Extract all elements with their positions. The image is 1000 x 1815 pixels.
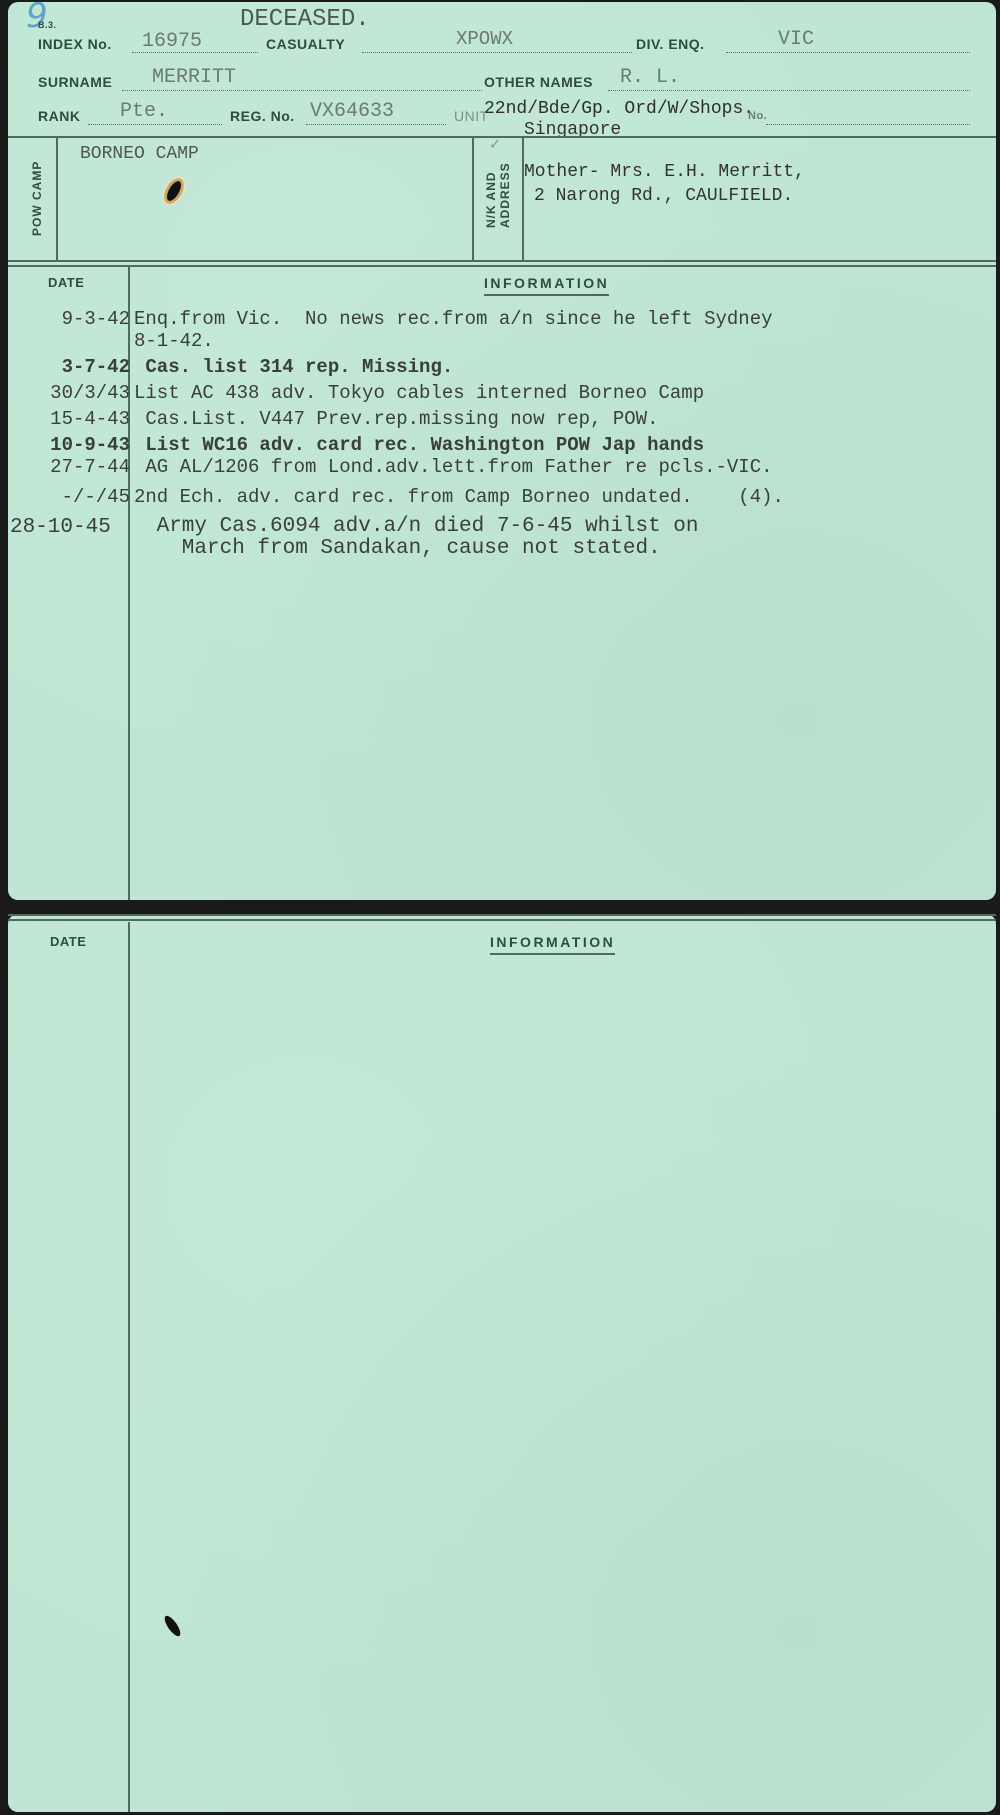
form-code: B.3.: [38, 20, 57, 30]
divider: [56, 136, 58, 260]
divider: [8, 260, 996, 262]
casualty-value: XPOWX: [456, 28, 513, 50]
rank-line: [88, 124, 222, 125]
index-no-label: INDEX No.: [38, 36, 112, 52]
divider: [8, 914, 996, 916]
divider: [472, 136, 474, 260]
other-names-label: OTHER NAMES: [484, 74, 593, 90]
column-divider: [128, 922, 130, 1812]
information-header: INFORMATION: [490, 934, 615, 955]
punch-hole: [162, 1614, 183, 1639]
surname-label: SURNAME: [38, 74, 112, 90]
entry-information: Enq.from Vic. No news rec.from a/n since…: [134, 308, 773, 352]
unit-no-label: No.: [748, 110, 767, 122]
div-enq-label: DIV. ENQ.: [636, 36, 705, 52]
reg-no-value: VX64633: [310, 100, 394, 123]
entry-information: AG AL/1206 from Lond.adv.lett.from Fathe…: [134, 456, 773, 478]
entry-date: 15-4-43: [8, 408, 130, 430]
divider: [8, 136, 996, 138]
check-mark-icon: ✓: [490, 134, 500, 154]
pow-camp-label: POW CAMP: [30, 161, 44, 236]
div-enq-line: [726, 52, 970, 53]
entry-date: 30/3/43: [8, 382, 130, 404]
surname-value: MERRITT: [152, 66, 236, 89]
unit-line: [766, 124, 970, 125]
entry-date: 27-7-44: [8, 456, 130, 478]
entry-information: List AC 438 adv. Tokyo cables interned B…: [134, 382, 704, 404]
rank-label: RANK: [38, 108, 80, 124]
punch-hole: [164, 179, 184, 203]
date-header: DATE: [48, 275, 84, 290]
entry-date: 10-9-43: [8, 434, 130, 456]
entry-date: -/-/45: [8, 486, 130, 508]
nok-line-2: 2 Narong Rd., CAULFIELD.: [534, 186, 793, 206]
other-names-value: R. L.: [620, 66, 680, 89]
nok-label: N/K ANDADDRESS: [484, 162, 512, 228]
divider: [522, 136, 524, 260]
card-back: DATE INFORMATION: [8, 914, 996, 1812]
entry-information: Cas.List. V447 Prev.rep.missing now rep,…: [134, 408, 659, 430]
pow-camp-value: BORNEO CAMP: [80, 144, 199, 164]
entry-date: 28-10-45: [10, 516, 140, 539]
divider: [8, 265, 996, 267]
reg-no-line: [306, 124, 446, 125]
entry-date: 9-3-42: [8, 308, 130, 330]
entry-information: Army Cas.6094 adv.a/n died 7-6-45 whilst…: [144, 516, 699, 560]
entry-information: List WC16 adv. card rec. Washington POW …: [134, 434, 704, 456]
entry-information: Cas. list 314 rep. Missing.: [134, 356, 453, 378]
casualty-line: [362, 52, 632, 53]
other-names-line: [608, 90, 970, 91]
date-header: DATE: [50, 934, 86, 949]
divider: [8, 919, 996, 921]
surname-line: [122, 90, 482, 91]
nok-line-1: Mother- Mrs. E.H. Merritt,: [524, 162, 805, 182]
rank-value: Pte.: [120, 100, 168, 123]
unit-value: 22nd/Bde/Gp. Ord/W/Shops.: [484, 99, 754, 119]
casualty-label: CASUALTY: [266, 36, 345, 52]
card-front: 9 B.3. DECEASED. INDEX No. 16975 CASUALT…: [8, 2, 996, 900]
index-no-value: 16975: [142, 30, 202, 53]
entry-date: 3-7-42: [8, 356, 130, 378]
entry-information: 2nd Ech. adv. card rec. from Camp Borneo…: [134, 486, 784, 508]
information-header: INFORMATION: [484, 275, 609, 296]
reg-no-label: REG. No.: [230, 108, 295, 124]
status-stamp: DECEASED.: [240, 6, 370, 33]
div-enq-value: VIC: [778, 28, 814, 51]
handwritten-mark: 9: [26, 0, 48, 36]
